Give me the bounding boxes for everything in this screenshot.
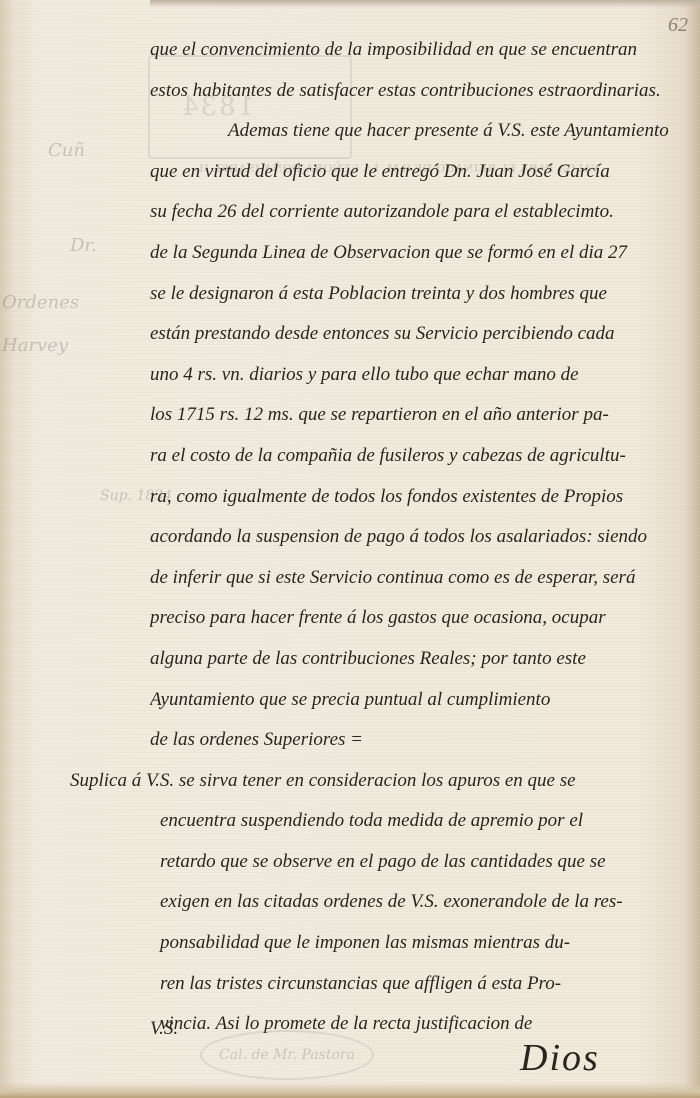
text-line: estos habitantes de satisfacer estas con… <box>150 71 690 112</box>
text-line: uno 4 rs. vn. diarios y para ello tubo q… <box>150 355 690 396</box>
text-line: están prestando desde entonces su Servic… <box>150 314 690 355</box>
text-line: ra, como igualmente de todos los fondos … <box>150 477 690 518</box>
text-line: acordando la suspension de pago á todos … <box>150 517 690 558</box>
text-line: ponsabilidad que le imponen las mismas m… <box>150 923 690 964</box>
text-line: los 1715 rs. 12 ms. que se repartieron e… <box>150 395 690 436</box>
margin-note: Ordenes <box>2 292 79 313</box>
text-line: preciso para hacer frente á los gastos q… <box>150 598 690 639</box>
suplica-line: Suplica á V.S. se sirva tener en conside… <box>70 761 690 802</box>
closing-vs: V.S. <box>150 1018 178 1040</box>
text-line: retardo que se observe en el pago de las… <box>150 842 690 883</box>
text-line: de inferir que si este Servicio continua… <box>150 558 690 599</box>
text-line: que el convencimiento de la imposibilida… <box>150 30 690 71</box>
text-line: exigen en las citadas ordenes de V.S. ex… <box>150 882 690 923</box>
text-line: su fecha 26 del corriente autorizandole … <box>150 192 690 233</box>
manuscript-page: 1834 VALGA PARA EL REINADO DE S.M. LA SE… <box>0 0 700 1098</box>
margin-note: Dr. <box>70 235 97 256</box>
bleed-through-seal: Cal. de Mr. Pastora <box>200 1030 374 1080</box>
margin-note: Cuñ <box>48 140 85 161</box>
text-line: se le designaron á esta Poblacion treint… <box>150 274 690 315</box>
text-line: ra el costo de la compañia de fusileros … <box>150 436 690 477</box>
margin-note: Harvey <box>2 335 68 356</box>
text-line: alguna parte de las contribuciones Reale… <box>150 639 690 680</box>
page-top-edge <box>150 0 700 8</box>
text-line: ren las tristes circunstancias que affli… <box>150 964 690 1005</box>
text-line: encuentra suspendiendo toda medida de ap… <box>150 801 690 842</box>
text-line: Ayuntamiento que se precia puntual al cu… <box>150 680 690 721</box>
text-line: que en virtud del oficio que le entregó … <box>150 152 690 193</box>
signature-flourish: Dios <box>520 1036 600 1080</box>
text-line: de la Segunda Linea de Observacion que s… <box>150 233 690 274</box>
manuscript-body: que el convencimiento de la imposibilida… <box>150 30 690 1045</box>
text-line: Ademas tiene que hacer presente á V.S. e… <box>150 111 690 152</box>
text-line: de las ordenes Superiores = <box>150 720 690 761</box>
